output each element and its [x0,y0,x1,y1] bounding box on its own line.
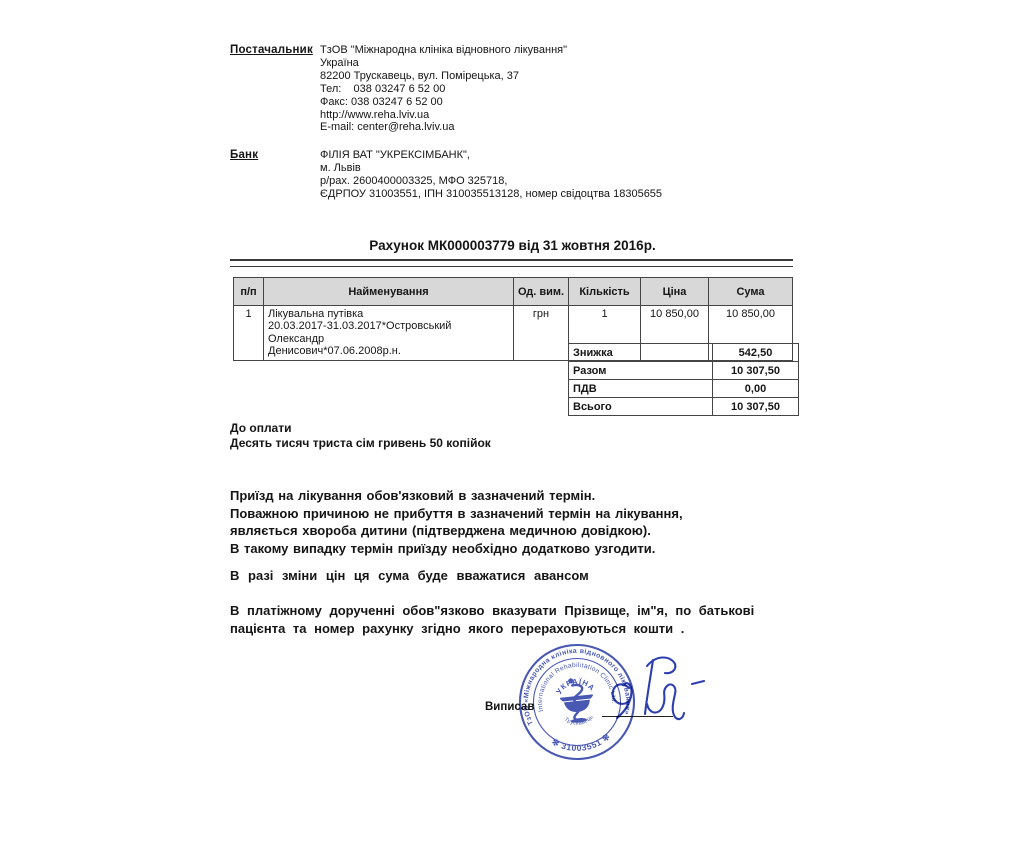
title-divider-thin [230,266,793,267]
amount-in-words: Десять тисяч триста сім гривень 50 копій… [230,436,491,451]
discount-label: Знижка [569,344,713,362]
summary-row-total: Всього 10 307,50 [569,398,799,416]
supplier-address: 82200 Трускавець, вул. Помірецька, 37 [320,70,567,83]
item-name-line: 20.03.2017-31.03.2017*Островський Олекса… [268,320,509,345]
note-line: Приїзд на лікування обов'язковий в зазна… [230,487,683,505]
col-header-num: п/п [234,278,264,306]
bank-name: ФІЛІЯ ВАТ "УКРЕКСІМБАНК", [320,149,662,162]
note-advance-payment: В разі зміни цін ця сума буде вважатися … [230,567,589,585]
note-arrival-terms: Приїзд на лікування обов'язковий в зазна… [230,487,683,557]
supplier-label: Постачальник [230,44,313,56]
amount-due-block: До оплати Десять тисяч триста сім гривен… [230,421,491,451]
supplier-company-name: ТзОВ "Міжнародна клініка відновного ліку… [320,44,567,57]
col-header-sum: Сума [709,278,793,306]
item-name: Лікувальна путівка 20.03.2017-31.03.2017… [264,306,514,361]
supplier-website: http://www.reha.lviv.ua [320,109,567,122]
totals-table: Знижка 542,50 Разом 10 307,50 ПДВ 0,00 В… [568,343,799,416]
note-line: В такому випадку термін приїзду необхідн… [230,540,683,558]
vat-label: ПДВ [569,380,713,398]
bank-account: р/рах. 2600400003325, МФО 325718, [320,175,662,188]
item-name-line: Денисович*07.06.2008р.н. [268,345,509,357]
subtotal-label: Разом [569,362,713,380]
bank-city: м. Львів [320,162,662,175]
note-line: пацієнта та номер рахунку згідно якого п… [230,620,754,638]
col-header-qty: Кількість [569,278,641,306]
supplier-fax: Факс: 038 03247 6 52 00 [320,96,567,109]
summary-row-vat: ПДВ 0,00 [569,380,799,398]
summary-row-discount: Знижка 542,50 [569,344,799,362]
title-divider-thick [230,259,793,261]
total-value: 10 307,50 [713,398,799,416]
item-name-line: Лікувальна путівка [268,308,509,320]
supplier-email: E-mail: center@reha.lviv.ua [320,121,567,134]
bank-codes: ЄДРПОУ 31003551, ІПН 310035513128, номер… [320,188,662,201]
total-label: Всього [569,398,713,416]
bank-info: ФІЛІЯ ВАТ "УКРЕКСІМБАНК", м. Львів р/рах… [320,149,662,201]
discount-value: 542,50 [713,344,799,362]
signature-scribble [585,640,715,740]
note-line: Поважною причиною не прибуття в зазначен… [230,505,683,523]
supplier-country: Україна [320,57,567,70]
invoice-title: Рахунок МК000003779 від 31 жовтня 2016р. [233,238,792,253]
item-num: 1 [234,306,264,361]
bank-label: Банк [230,149,258,161]
item-unit: грн [514,306,569,361]
invoice-document: Постачальник ТзОВ "Міжнародна клініка ві… [0,0,1024,860]
supplier-phone: Тел: 038 03247 6 52 00 [320,83,567,96]
col-header-name: Найменування [264,278,514,306]
note-line: В платіжному дорученні обов"язково вказу… [230,602,754,620]
amount-due-label: До оплати [230,421,491,436]
note-line: являється хвороба дитини (підтверджена м… [230,522,683,540]
supplier-info: ТзОВ "Міжнародна клініка відновного ліку… [320,44,567,134]
col-header-price: Ціна [641,278,709,306]
summary-row-subtotal: Разом 10 307,50 [569,362,799,380]
vat-value: 0,00 [713,380,799,398]
col-header-unit: Од. вим. [514,278,569,306]
signature-dash [692,681,704,684]
note-line: В разі зміни цін ця сума буде вважатися … [230,567,589,585]
note-payment-order: В платіжному дорученні обов"язково вказу… [230,602,754,637]
subtotal-value: 10 307,50 [713,362,799,380]
items-header-row: п/п Найменування Од. вим. Кількість Ціна… [234,278,793,306]
